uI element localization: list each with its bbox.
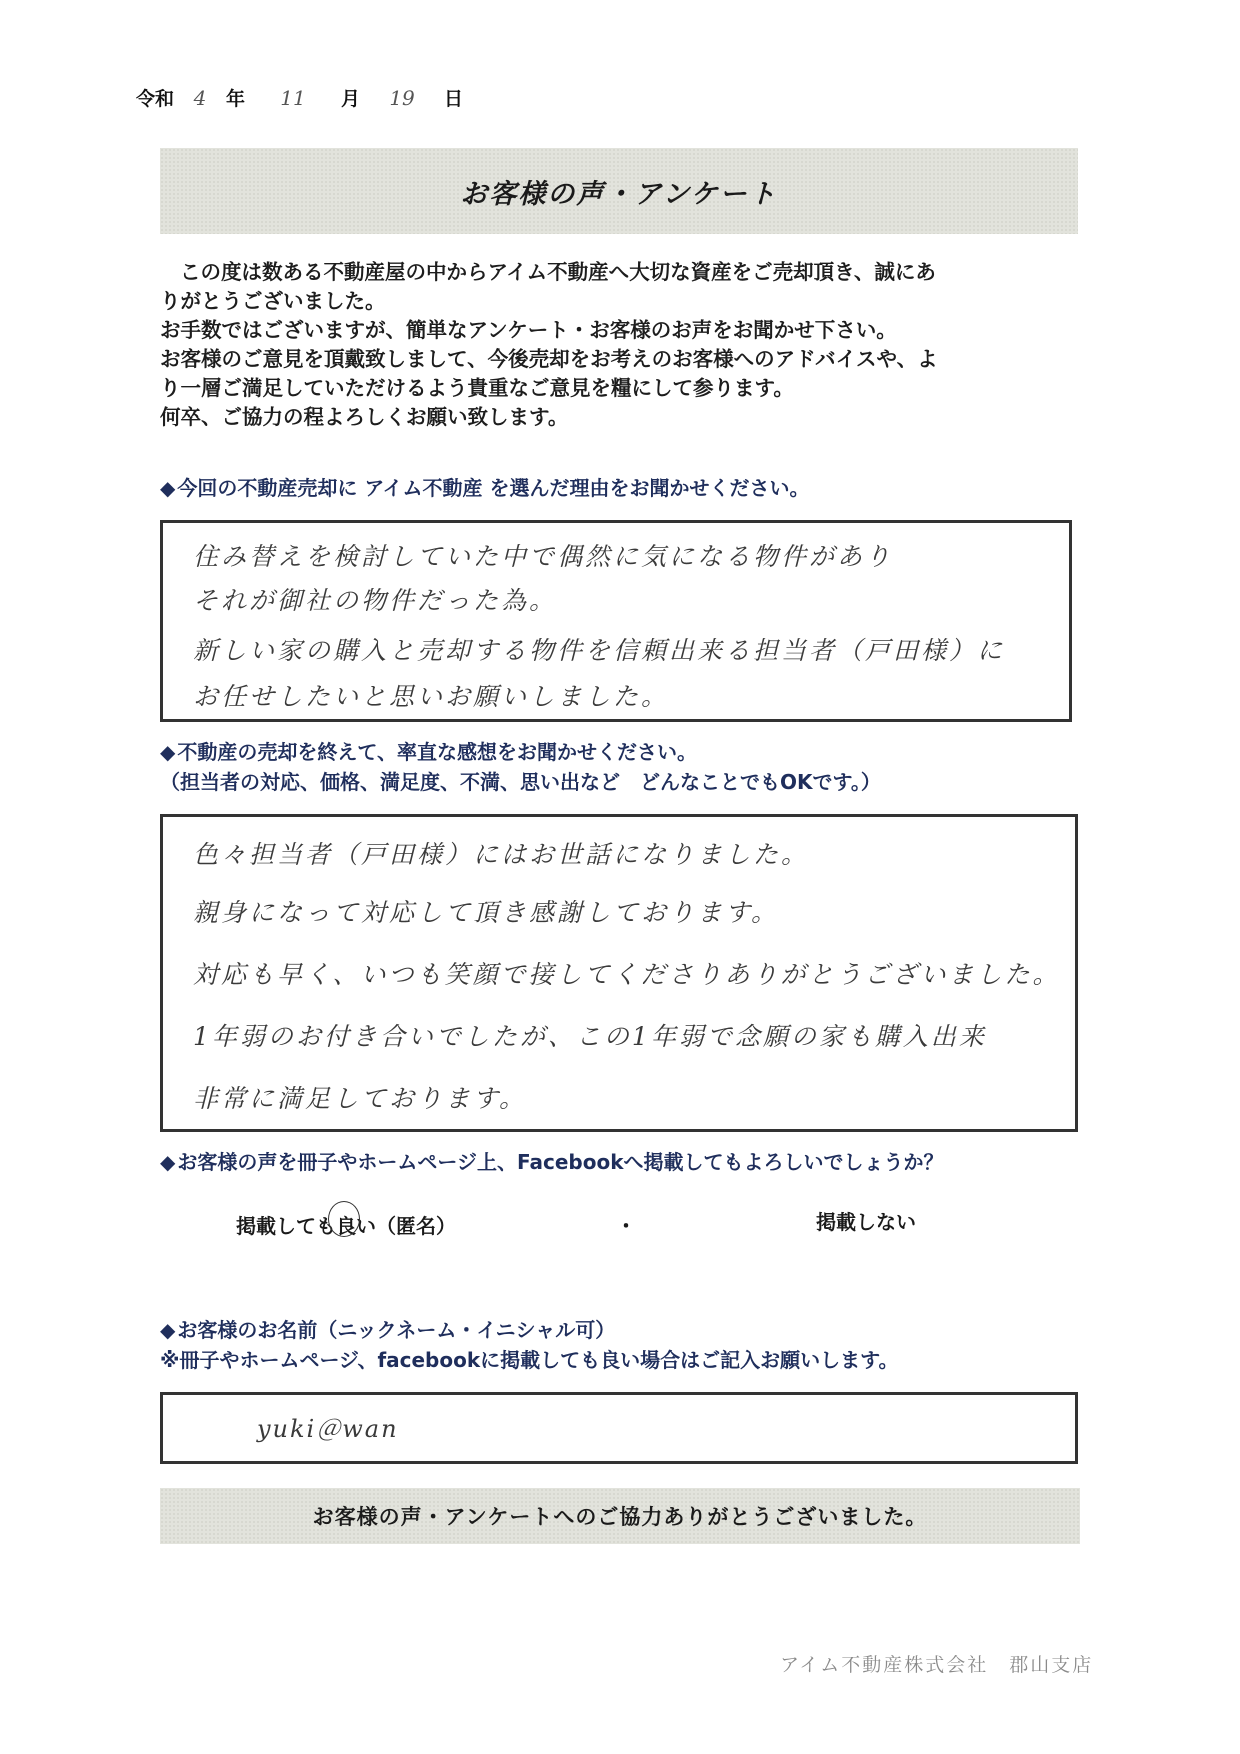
option-separator: ・ <box>616 1210 636 1239</box>
date-row: 令和 4 年 11 月 19 日 <box>136 84 463 111</box>
intro-line: りがとうございました。 <box>160 287 1080 316</box>
month-value[interactable]: 11 <box>245 86 341 110</box>
month-label: 月 <box>341 84 360 111</box>
answer-1-line: お任せしたいと思いお願いしました。 <box>193 677 669 713</box>
answer-2-line: 親身になって対応して頂き感謝しております。 <box>193 893 779 929</box>
intro-text: この度は数ある不動産屋の中からアイム不動産へ大切な資産をご売却頂き、誠にあ りが… <box>160 258 1080 432</box>
question-4-label: ◆お客様のお名前（ニックネーム・イニシャル可） <box>160 1316 615 1344</box>
answer-box-1[interactable]: 住み替えを検討していた中で偶然に気になる物件があり それが御社の物件だった為。 … <box>160 520 1072 722</box>
era-label: 令和 <box>136 84 174 111</box>
answer-box-2[interactable]: 色々担当者（戸田様）にはお世話になりました。 親身になって対応して頂き感謝してお… <box>160 814 1078 1132</box>
answer-1-line: 住み替えを検討していた中で偶然に気になる物件があり <box>193 537 893 573</box>
diamond-icon: ◆ <box>160 1316 175 1344</box>
company-name: アイム不動産株式会社 郡山支店 <box>780 1650 1093 1677</box>
answer-1-line: それが御社の物件だった為。 <box>193 581 557 617</box>
name-answer-box[interactable]: yuki＠wan <box>160 1392 1078 1464</box>
selection-circle-mark <box>328 1201 360 1237</box>
question-2-text: 不動産の売却を終えて、率直な感想をお聞かせください。 <box>177 740 697 764</box>
question-2-label: ◆不動産の売却を終えて、率直な感想をお聞かせください。 <box>160 738 697 766</box>
answer-1-line: 新しい家の購入と売却する物件を信頼出来る担当者（戸田様）に <box>193 631 1005 667</box>
question-1-text: 今回の不動産売却に アイム不動産 を選んだ理由をお聞かせください。 <box>177 476 809 500</box>
answer-2-line: 1年弱のお付き合いでしたが、この1年弱で念願の家も購入出来 <box>193 1017 987 1053</box>
question-4-text: お客様のお名前（ニックネーム・イニシャル可） <box>177 1318 615 1342</box>
intro-line: お客様のご意見を頂戴致しまして、今後売却をお考えのお客様へのアドバイスや、よ <box>160 345 1080 374</box>
option-publish-anonymous[interactable]: 掲載しても良い（匿名） <box>236 1210 456 1239</box>
intro-line: この度は数ある不動産屋の中からアイム不動産へ大切な資産をご売却頂き、誠にあ <box>160 258 1080 287</box>
customer-name: yuki＠wan <box>257 1409 399 1444</box>
question-4-sublabel: ※冊子やホームページ、facebookに掲載しても良い場合はご記入お願いします。 <box>160 1346 899 1374</box>
question-3-text: お客様の声を冊子やホームページ上、Facebookへ掲載してもよろしいでしょうか… <box>177 1150 943 1174</box>
question-2-sublabel: （担当者の対応、価格、満足度、不満、思い出など どんなことでもOKです。） <box>160 768 881 796</box>
thank-you-message: お客様の声・アンケートへのご協力ありがとうございました。 <box>313 1501 928 1531</box>
diamond-icon: ◆ <box>160 738 175 766</box>
answer-2-line: 非常に満足しております。 <box>193 1079 527 1115</box>
intro-line: お手数ではございますが、簡単なアンケート・お客様のお声をお聞かせ下さい。 <box>160 316 1080 345</box>
answer-2-line: 色々担当者（戸田様）にはお世話になりました。 <box>193 835 809 871</box>
option-do-not-publish[interactable]: 掲載しない <box>816 1206 916 1235</box>
year-value[interactable]: 4 <box>174 86 226 110</box>
intro-line: り一層ご満足していただけるよう貴重なご意見を糧にして参ります。 <box>160 374 1080 403</box>
intro-line: 何卒、ご協力の程よろしくお願い致します。 <box>160 403 1080 432</box>
title-band: お客様の声・アンケート <box>160 148 1078 234</box>
question-1-label: ◆今回の不動産売却に アイム不動産 を選んだ理由をお聞かせください。 <box>160 474 810 502</box>
page-title: お客様の声・アンケート <box>460 172 777 211</box>
answer-2-line: 対応も早く、いつも笑顔で接してくださりありがとうございました。 <box>193 955 1061 991</box>
day-label: 日 <box>444 84 463 111</box>
question-3-label: ◆お客様の声を冊子やホームページ上、Facebookへ掲載してもよろしいでしょう… <box>160 1148 944 1176</box>
day-value[interactable]: 19 <box>360 86 444 110</box>
diamond-icon: ◆ <box>160 474 175 502</box>
diamond-icon: ◆ <box>160 1148 175 1176</box>
year-label: 年 <box>226 84 245 111</box>
thank-you-band: お客様の声・アンケートへのご協力ありがとうございました。 <box>160 1488 1080 1544</box>
